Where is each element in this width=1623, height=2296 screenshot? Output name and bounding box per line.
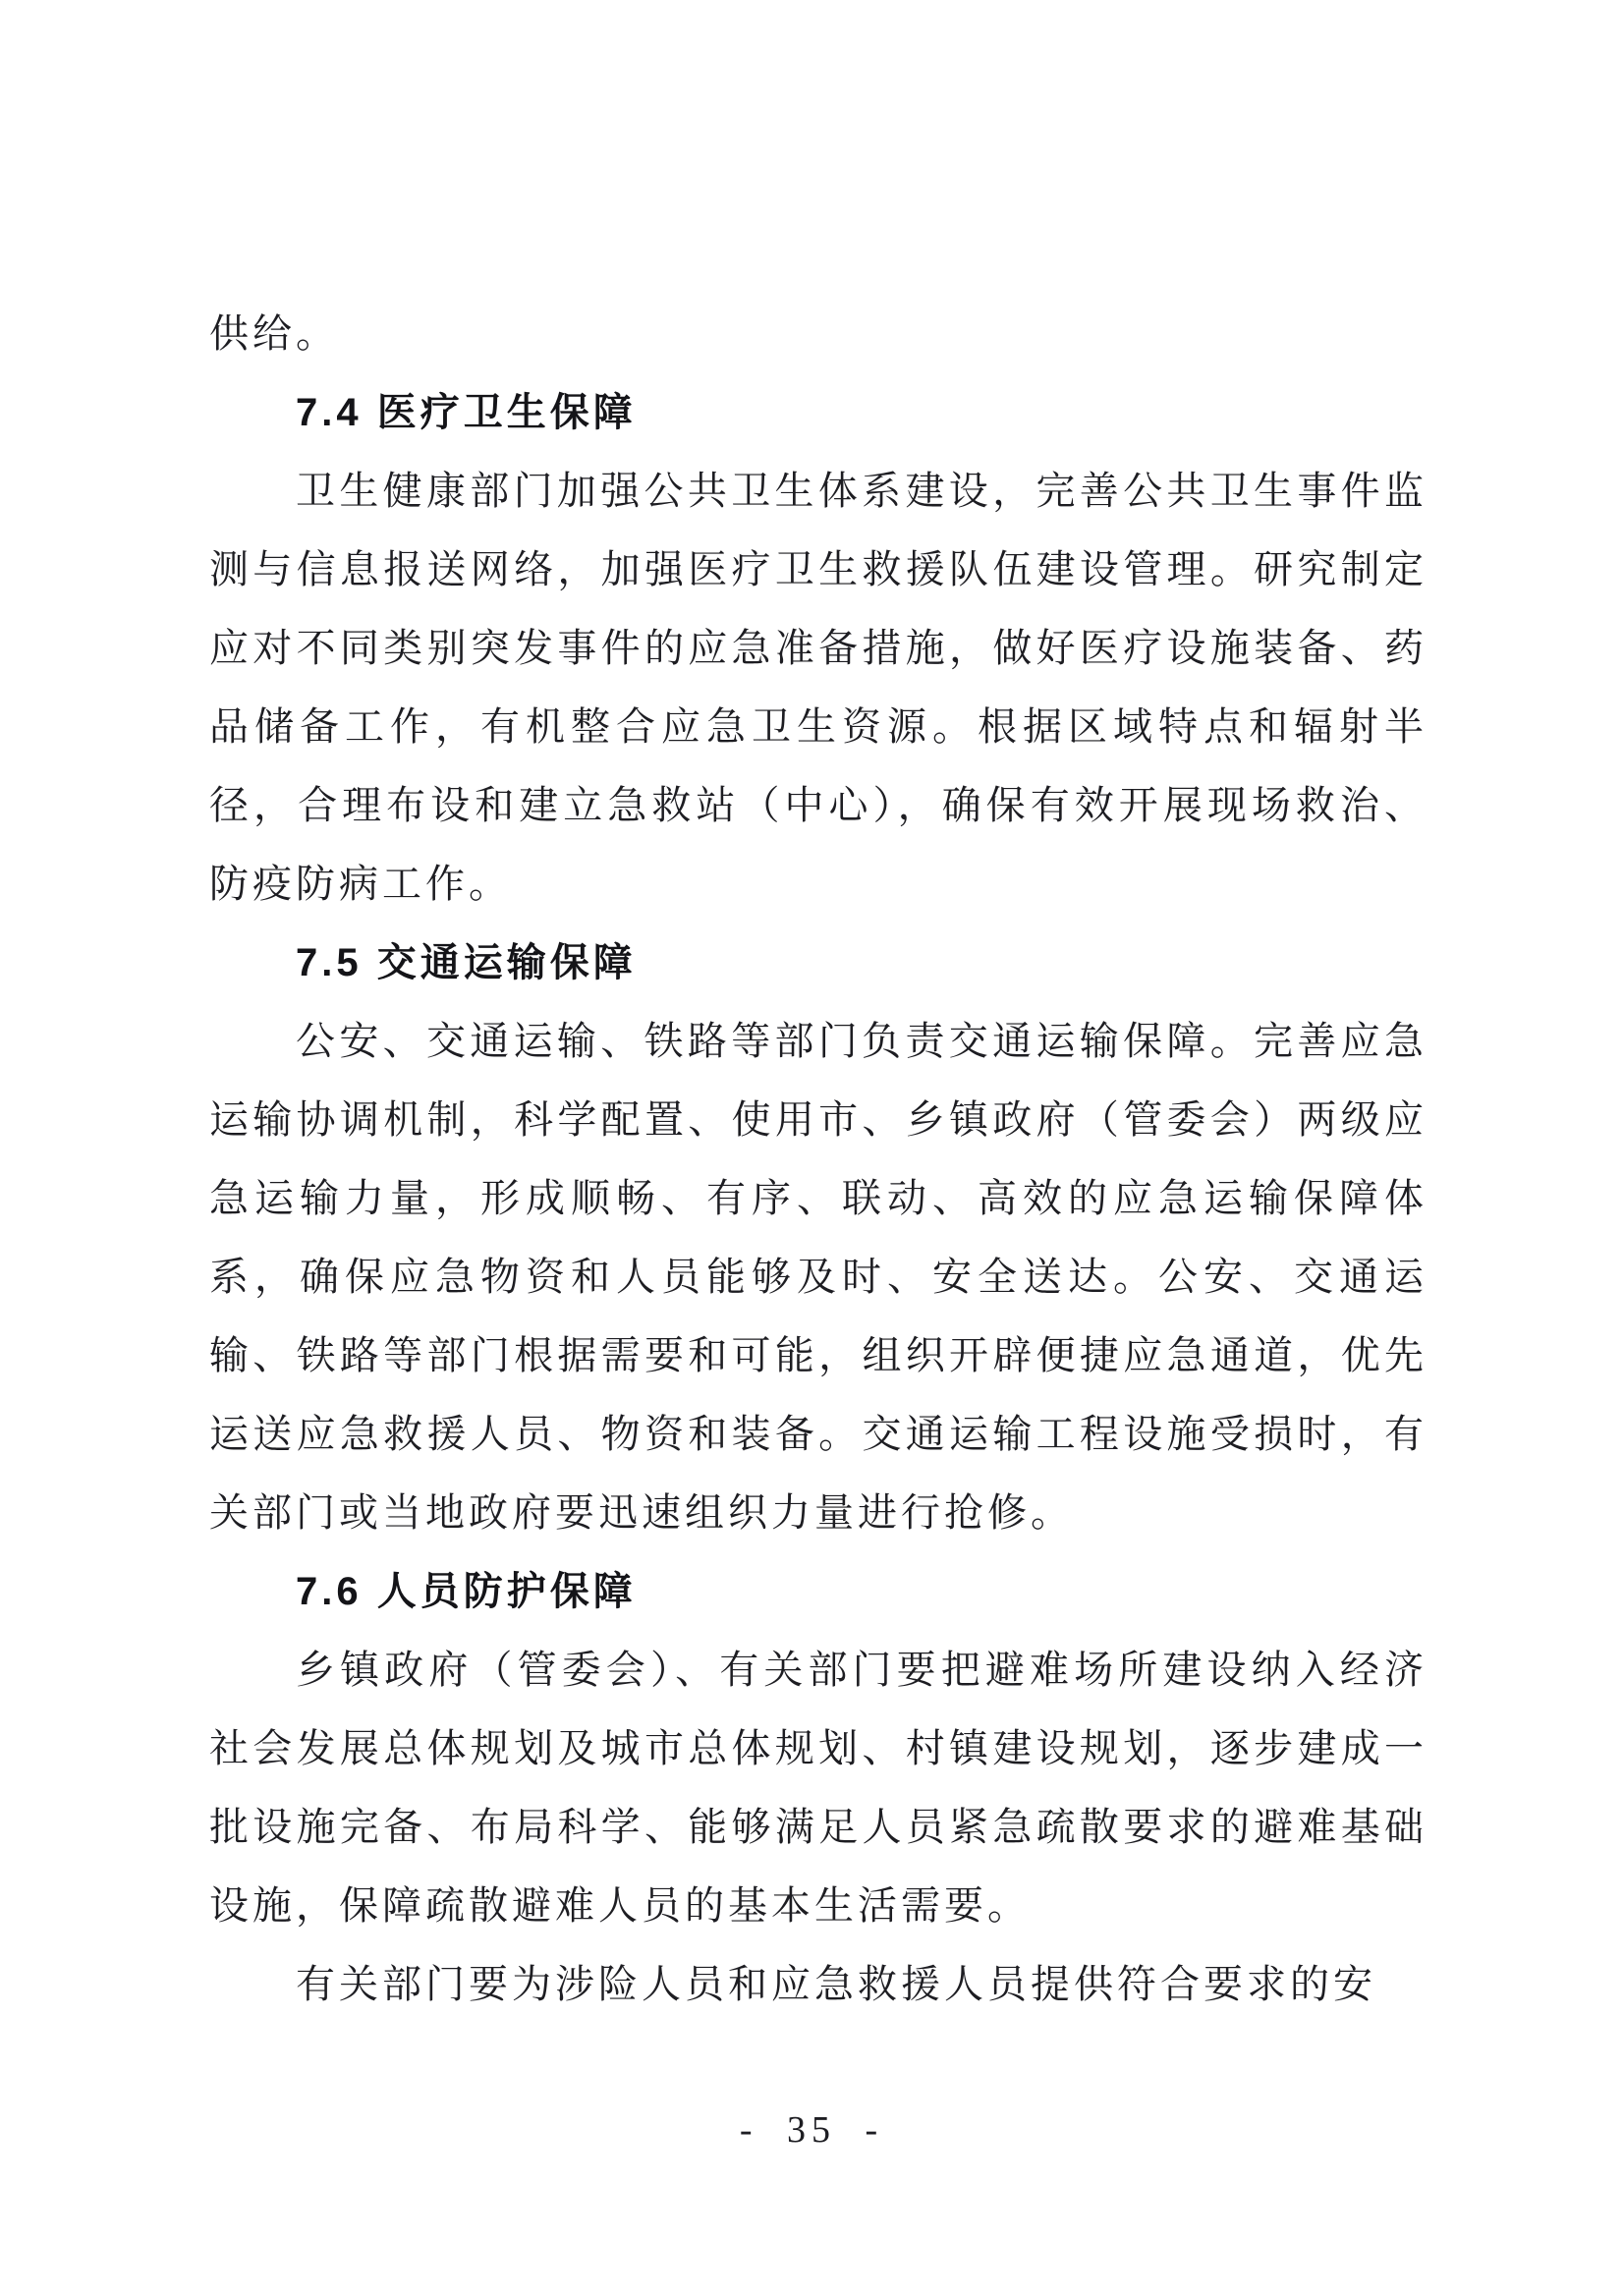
document-page: 供给。 7.4 医疗卫生保障 卫生健康部门加强公共卫生体系建设，完善公共卫生事件… xyxy=(0,0,1623,2296)
page-footer: - 35 - xyxy=(0,2100,1623,2159)
paragraph-transport: 公安、交通运输、铁路等部门负责交通运输保障。完善应急运输协调机制，科学配置、使用… xyxy=(209,1002,1427,1552)
page-number: - 35 - xyxy=(740,2109,883,2151)
paragraph-personnel-protection: 乡镇政府（管委会）、有关部门要把避难场所建设纳入经济社会发展总体规划及城市总体规… xyxy=(209,1631,1427,1945)
paragraph-medical-health: 卫生健康部门加强公共卫生体系建设，完善公共卫生事件监测与信息报送网络，加强医疗卫… xyxy=(209,452,1427,924)
section-heading-7-5: 7.5 交通运输保障 xyxy=(209,924,1427,1002)
section-heading-7-6: 7.6 人员防护保障 xyxy=(209,1552,1427,1631)
paragraph-personnel-protection-2: 有关部门要为涉险人员和应急救援人员提供符合要求的安 xyxy=(209,1945,1427,2024)
paragraph-continuation: 供给。 xyxy=(209,295,1427,373)
document-body: 供给。 7.4 医疗卫生保障 卫生健康部门加强公共卫生体系建设，完善公共卫生事件… xyxy=(209,295,1427,2024)
section-heading-7-4: 7.4 医疗卫生保障 xyxy=(209,373,1427,452)
